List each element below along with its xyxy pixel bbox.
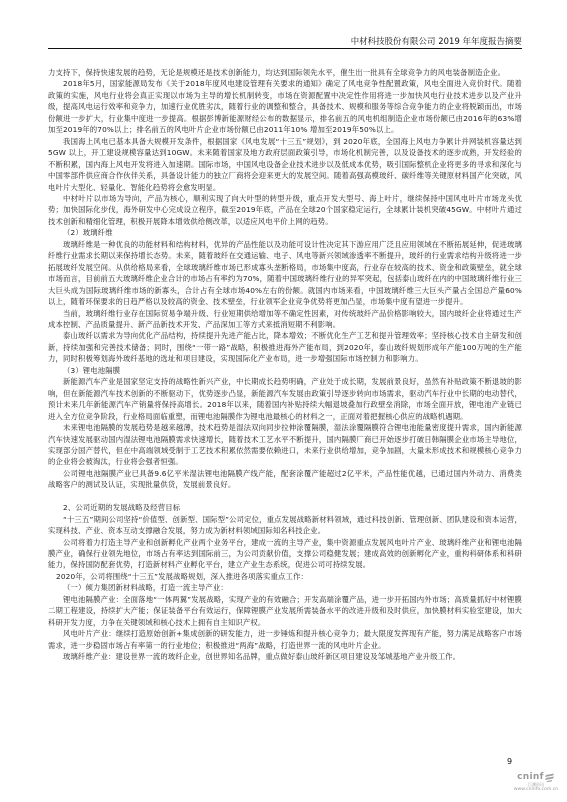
paragraph: 锂电池隔膜产业：全面落地“一体两翼”发展战略，实现产业的有效融合；开发高端涂覆产… bbox=[48, 594, 522, 628]
paragraph: 玻璃纤维产业：建设世界一流的玻纤企业，创世界知名品牌，重点做好泰山玻纤新区项目建… bbox=[48, 651, 522, 662]
page-header: 中材科技股份有限公司 2019 年年度报告摘要 bbox=[48, 36, 522, 49]
paragraph: 当前，玻璃纤维行业存在国际贸易争端升级、行业短期供给增加等不确定性因素，对传统玻… bbox=[48, 308, 522, 331]
header-title: 中材科技股份有限公司 2019 年年度报告摘要 bbox=[351, 35, 522, 47]
page-number: 9 bbox=[507, 757, 512, 766]
paragraph: 新能源汽车产业是国家坚定支持的战略性新兴产业，中长期成长趋势明确，产业处于成长期… bbox=[48, 376, 522, 422]
body-text: 力支持下，保持快速发展的趋势，无论是规模还是技术创新能力，均达到国际领先水平，催… bbox=[48, 67, 522, 663]
paragraph: 公司将着力打造主导产业和创新孵化产业两个业务平台，建成一流的主导产业，集中资源重… bbox=[48, 537, 522, 571]
section-heading-glass-fiber: （2）玻璃纤维 bbox=[48, 227, 522, 238]
paragraph: 力支持下，保持快速发展的趋势，无论是规模还是技术创新能力，均达到国际领先水平，催… bbox=[48, 67, 522, 78]
cninfo-logo-icon bbox=[545, 773, 555, 782]
paragraph: 泰山玻纤以需求为导向优化产品结构，持续提升先进产能占比，降本增效；不断优化生产工… bbox=[48, 330, 522, 364]
paragraph: 风电叶片产业：继续打造原始创新+集成创新的研发能力，进一步锤炼和提升核心竞争力；… bbox=[48, 628, 522, 651]
section-heading-strategy: 2、公司近期的发展战略及经营目标 bbox=[48, 502, 522, 513]
paragraph: 2020年，公司将围绕“十三五”发展战略规划，深入推进各项落实重点工作： bbox=[48, 571, 522, 582]
paragraph: 玻璃纤维是一种优良的功能材料和结构材料，优异的产品性能以及功能可设计性决定其下游… bbox=[48, 239, 522, 308]
cninfo-watermark: cninf 巨潮资讯 www.cninfo.com.cn bbox=[506, 772, 566, 802]
paragraph: 我国海上风电已基本具备大规模开发条件，根据国家《风电发展“十三五”规划》，到 2… bbox=[48, 136, 522, 193]
paragraph: “十三五”期间公司坚持“价值型、创新型、国际型”公司定位，重点发展战略新材料领域… bbox=[48, 514, 522, 537]
paragraph: 未来锂电池隔膜的发展趋势是越来越薄，技术趋势是湿法双向同步拉伸涂覆隔膜，湿法涂覆… bbox=[48, 422, 522, 468]
watermark-logo-text: cninf bbox=[517, 772, 544, 782]
paragraph: 中材叶片以市场为导向，产品为核心，顺利实现了向大叶型的转型升级，重点开发大型号、… bbox=[48, 193, 522, 227]
watermark-url: www.cninfo.com.cn bbox=[506, 787, 566, 793]
paragraph: 公司锂电池隔膜产业已具备9.6亿平米湿法锂电池隔膜产线产能，配套涂覆产能超过2亿… bbox=[48, 468, 522, 491]
spacer bbox=[48, 491, 522, 502]
section-heading-battery-separator: （3）锂电池隔膜 bbox=[48, 365, 522, 376]
paragraph: 2018年5月，国家能源局发布《关于2018年度风电建设管理有关要求的通知》确定… bbox=[48, 78, 522, 135]
section-heading-priority-one: （一）倾力集团新材料战略，打造一流主导产业： bbox=[48, 582, 522, 593]
watermark-logo: cninf bbox=[506, 772, 566, 782]
document-page: 中材科技股份有限公司 2019 年年度报告摘要 力支持下，保持快速发展的趋势，无… bbox=[0, 0, 567, 802]
